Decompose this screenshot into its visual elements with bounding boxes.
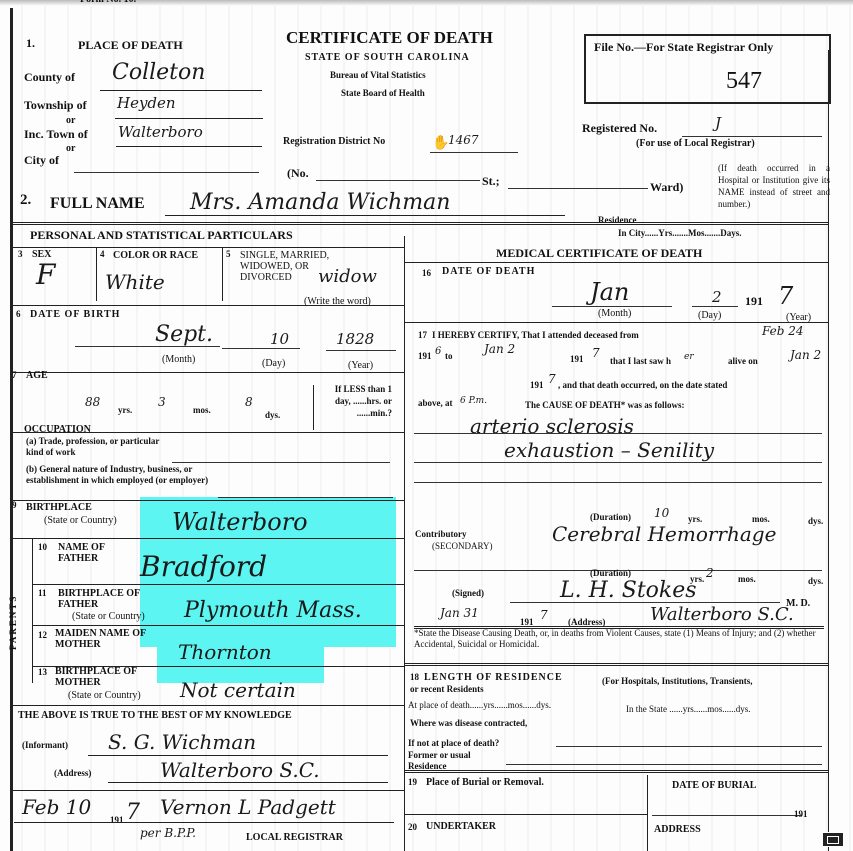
cause-line-2 [414,462,822,463]
duration-label-1: (Duration) [590,512,631,522]
birthplace-value: Walterboro [172,508,308,536]
personal-row-1-line [10,305,404,306]
occupation-a-line [172,462,390,463]
registered-no-line [682,136,822,137]
center-divider [404,236,405,851]
contrib-months-value: 2 [706,566,714,580]
cause-line-1-value: arterio sclerosis [470,414,634,438]
occupation-b-line [218,497,393,498]
certify-text-2e: alive on [728,356,758,366]
father-label: NAME OF FATHER [58,542,128,564]
saw-pronoun: er [684,352,694,362]
certify-text-3: 191 [530,380,544,390]
street-line [508,188,648,189]
cause-line-3 [414,482,822,483]
dob-day-line [222,348,300,349]
residence-label-2: or recent Residents [410,684,484,694]
personal-heading: PERSONAL AND STATISTICAL PARTICULARS [30,228,293,243]
street-no-label: (No. [287,166,309,181]
town-line [116,146,262,147]
certify-text-3b: , and that death occurred, on the date s… [558,380,727,390]
father-birthplace-value: Plymouth Mass. [184,598,362,623]
form-number: Form No. 10. [80,0,136,5]
registered-no-value: J [715,114,721,132]
county-value: Colleton [112,60,205,85]
burial-divider [647,775,648,851]
birthplace-number: 9 [12,500,17,510]
father-number: 10 [38,542,47,552]
informant-address-label: (Address) [54,768,91,778]
parents-label: PARENTS [8,595,18,650]
burial-label: Place of Burial or Removal. [426,777,544,788]
informant-value: S. G. Wichman [108,730,256,754]
color-divider [222,247,223,301]
duration-years-value: 10 [654,506,669,520]
contributory-label: Contributory [415,529,467,539]
age-months-value: 3 [158,395,166,409]
attended-to-value: Jan 2 [484,342,515,356]
signed-value: L. H. Stokes [560,578,697,603]
dob-month-value: Sept. [155,322,213,347]
informant-label: (Informant) [22,740,68,750]
attended-to-year: 7 [592,346,600,360]
signed-line [510,602,780,603]
mother-birthplace-number: 13 [38,667,47,677]
father-value: Bradford [140,550,267,583]
time-of-death-value: 6 P.m. [460,396,487,406]
filmstrip-icon[interactable] [822,832,844,847]
dod-label: DATE OF DEATH [442,266,535,277]
marital-label: SINGLE, MARRIED, WIDOWED, OR DIVORCED [240,250,330,283]
township-value: Heyden [117,94,176,112]
death-certificate-page: Form No. 10. 1. PLACE OF DEATH CERTIFICA… [0,0,853,851]
birthplace-sub: (State or Country) [44,515,117,526]
registered-no-note: (For use of Local Registrar) [636,138,755,149]
dob-month-caption: (Month) [162,354,195,365]
attended-from-value: Feb 24 [762,324,804,338]
father-birthplace-line [32,625,404,626]
mother-value: Thornton [178,640,272,664]
certify-number: 17 [418,330,427,340]
informant-statement: THE ABOVE IS TRUE TO THE BEST OF MY KNOW… [18,710,292,721]
mother-birthplace-sub: (State or Country) [68,690,141,701]
certify-text-4a: above, at [418,398,453,408]
city-label: City of [24,153,59,168]
dob-day-value: 10 [270,330,289,348]
residence-bottom-line [404,770,828,773]
county-label: County of [24,70,75,85]
registration-district-value: 1467 [448,133,479,147]
informant-address-value: Walterboro S.C. [160,758,320,782]
dod-month-value: Jan [590,278,629,306]
dod-year-suffix: 7 [778,282,793,310]
or-text-1: or [66,115,75,126]
marital-number: 5 [226,249,231,259]
residence-label: LENGTH OF RESIDENCE [424,672,563,683]
age-days-value: 8 [245,395,253,409]
contrib-mos-label: mos. [738,574,756,584]
burial-number: 19 [408,777,417,787]
color-number: 4 [100,249,105,259]
file-number-value: 547 [726,68,762,95]
contrib-dys-label: dys. [808,576,823,586]
file-number-label: File No.—For State Registrar Only [594,40,773,55]
sex-divider [96,247,97,301]
dob-year-caption: (Year) [348,360,373,371]
dod-day-line [692,306,738,307]
age-dys-label: dys. [265,410,280,420]
filed-date-value: Feb 10 [22,795,91,819]
informant-address-line [108,782,388,783]
town-label: Inc. Town of [24,127,88,142]
certificate-title: CERTIFICATE OF DEATH [286,28,493,48]
father-line [32,584,404,585]
residence-hospital-note: (For Hospitals, Institutions, Transients… [602,676,753,686]
dob-year-value: 1828 [336,330,374,348]
burial-date-line [652,815,802,816]
mother-birthplace-line [10,705,404,706]
occupation-b-label: (b) General nature of Industry, business… [26,464,216,486]
father-birthplace-label: BIRTHPLACE OF FATHER [58,588,148,610]
signed-label: (Signed) [452,588,484,598]
ward-label: Ward) [650,180,683,195]
residence-in-state: In the State ......yrs......mos......dys… [626,704,826,715]
filed-year-prefix: 191 [110,815,124,825]
last-seen-value: Jan 2 [790,348,821,362]
age-yrs-label: yrs. [118,405,132,415]
burial-year-prefix: 191 [794,809,808,819]
registrar-name-value: Vernon L Padgett [160,795,336,819]
township-label: Township of [24,98,87,113]
personal-row-4-line [10,500,404,501]
residence-former: Former or usual Residence [408,750,508,772]
full-name-value: Mrs. Amanda Wichman [190,190,450,215]
dod-year-prefix: 191 [745,294,763,309]
informant-bottom-line [10,790,404,791]
board-name: State Board of Health [341,88,425,98]
cause-line-1 [414,433,822,434]
section-divider-personal [10,222,828,225]
residence-former-line [506,764,822,765]
birthplace-label: BIRTHPLACE [26,502,92,513]
marital-value: widow [318,266,377,287]
secondary-label: (SECONDARY) [432,541,493,551]
cause-line-2-value: exhaustion – Senility [504,438,714,462]
mother-birthplace-label: BIRTHPLACE OF MOTHER [55,666,145,688]
residence-number: 18 [410,672,419,682]
duration-label-2: (Duration) [590,568,631,578]
registration-district-label: Registration District No [283,136,385,147]
undertaker-number: 20 [408,822,417,832]
dob-month-line [75,346,220,347]
certify-text-2b: to [445,351,453,361]
dod-month-caption: (Month) [598,308,631,319]
contributory-value: Cerebral Hemorrhage [552,522,776,546]
registered-no-label: Registered No. [582,121,657,136]
burial-bottom-line [404,814,647,815]
age-number: 7 [12,370,17,380]
mother-birthplace-value: Not certain [180,678,296,702]
burial-date-label: DATE OF BURIAL [672,780,756,791]
age-years-value: 88 [85,395,100,409]
father-birthplace-sub: (State or Country) [72,611,145,622]
dod-day-caption: (Day) [698,310,721,321]
personal-heading-line [10,247,404,248]
undertaker-address-label: ADDRESS [654,824,701,835]
birthplace-line [10,538,404,539]
dod-day-value: 2 [712,288,722,306]
duration-dys-label: dys. [808,516,823,526]
certify-text-2c: 191 [570,354,584,364]
registration-district-line [430,152,518,153]
street-label: St.; [482,174,500,189]
sex-value: F [36,258,55,291]
section-1-number: 1. [26,36,35,51]
medical-heading: MEDICAL CERTIFICATE OF DEATH [496,246,702,261]
informant-line [88,755,388,756]
father-birthplace-number: 11 [38,588,47,598]
sex-number: 3 [18,249,23,259]
medical-footnote-line [404,663,828,666]
color-value: White [105,270,165,294]
street-no-line [316,180,480,181]
signed-year-suffix: 7 [540,608,548,622]
mother-label: MAIDEN NAME OF MOTHER [55,628,155,650]
section-2-number: 2. [20,192,31,209]
attended-from-year: 6 [435,346,441,357]
local-registrar-label: LOCAL REGISTRAR [246,832,343,843]
full-name-label: FULL NAME [50,195,145,213]
occupation-a-label: (a) Trade, profession, or particular kin… [26,436,176,458]
medical-heading-line [404,262,828,263]
residence-not-at-place: If not at place of death? [408,738,499,748]
certify-text-2a: 191 [418,351,432,361]
residence-city-label: In City......Yrs.......Mos.......Days. [618,228,742,238]
color-label: COLOR OR RACE [113,250,198,261]
township-line [115,118,263,119]
residence-contracted-line [556,746,822,747]
dob-year-line [326,350,396,351]
dod-month-line [552,306,672,307]
residence-at-place: At place of death......yrs......mos.....… [408,700,608,711]
signed-date-value: Jan 31 [440,606,479,620]
city-line [74,172,259,173]
dob-label: DATE OF BIRTH [30,309,120,320]
left-border [10,8,13,851]
parents-divider [32,538,33,683]
full-name-line [165,215,565,216]
place-of-death-heading: PLACE OF DEATH [78,38,183,53]
or-text-2: or [66,143,75,154]
hand-cursor-icon: ✋ [432,135,449,152]
age-label: AGE [26,370,48,381]
dod-number: 16 [422,268,431,278]
medical-footnote: *State the Disease Causing Death, or, in… [414,628,824,650]
certify-text-1: I HEREBY CERTIFY, That I attended deceas… [432,330,639,340]
county-line [100,90,262,91]
registrar-deputy-value: per B.P.P. [140,826,196,840]
residence-contracted: Where was disease contracted, [410,718,527,728]
medical-address-value: Walterboro S.C. [650,604,794,625]
dob-number: 6 [16,309,21,319]
personal-row-2-line [10,372,404,373]
if-less-label: If LESS than 1 day, ......hrs. or ......… [322,383,392,419]
dod-bottom-line [404,322,828,323]
bureau-name: Bureau of Vital Statistics [330,70,426,80]
hospital-note: (If death occurred in a Hospital or Inst… [718,162,830,210]
age-divider [313,385,314,430]
dob-day-caption: (Day) [262,358,285,369]
occupation-label: OCCUPATION [24,424,91,435]
state-name: STATE OF SOUTH CAROLINA [305,52,470,63]
age-mos-label: mos. [193,405,211,415]
certify-text-2d: that I last saw h [610,356,671,366]
last-seen-year: 7 [548,372,556,386]
certify-text-4b: The CAUSE OF DEATH* was as follows: [525,400,685,410]
mother-number: 12 [38,630,47,640]
registrar-line [14,822,394,823]
town-value: Walterboro [118,123,203,141]
undertaker-label: UNDERTAKER [426,821,496,832]
